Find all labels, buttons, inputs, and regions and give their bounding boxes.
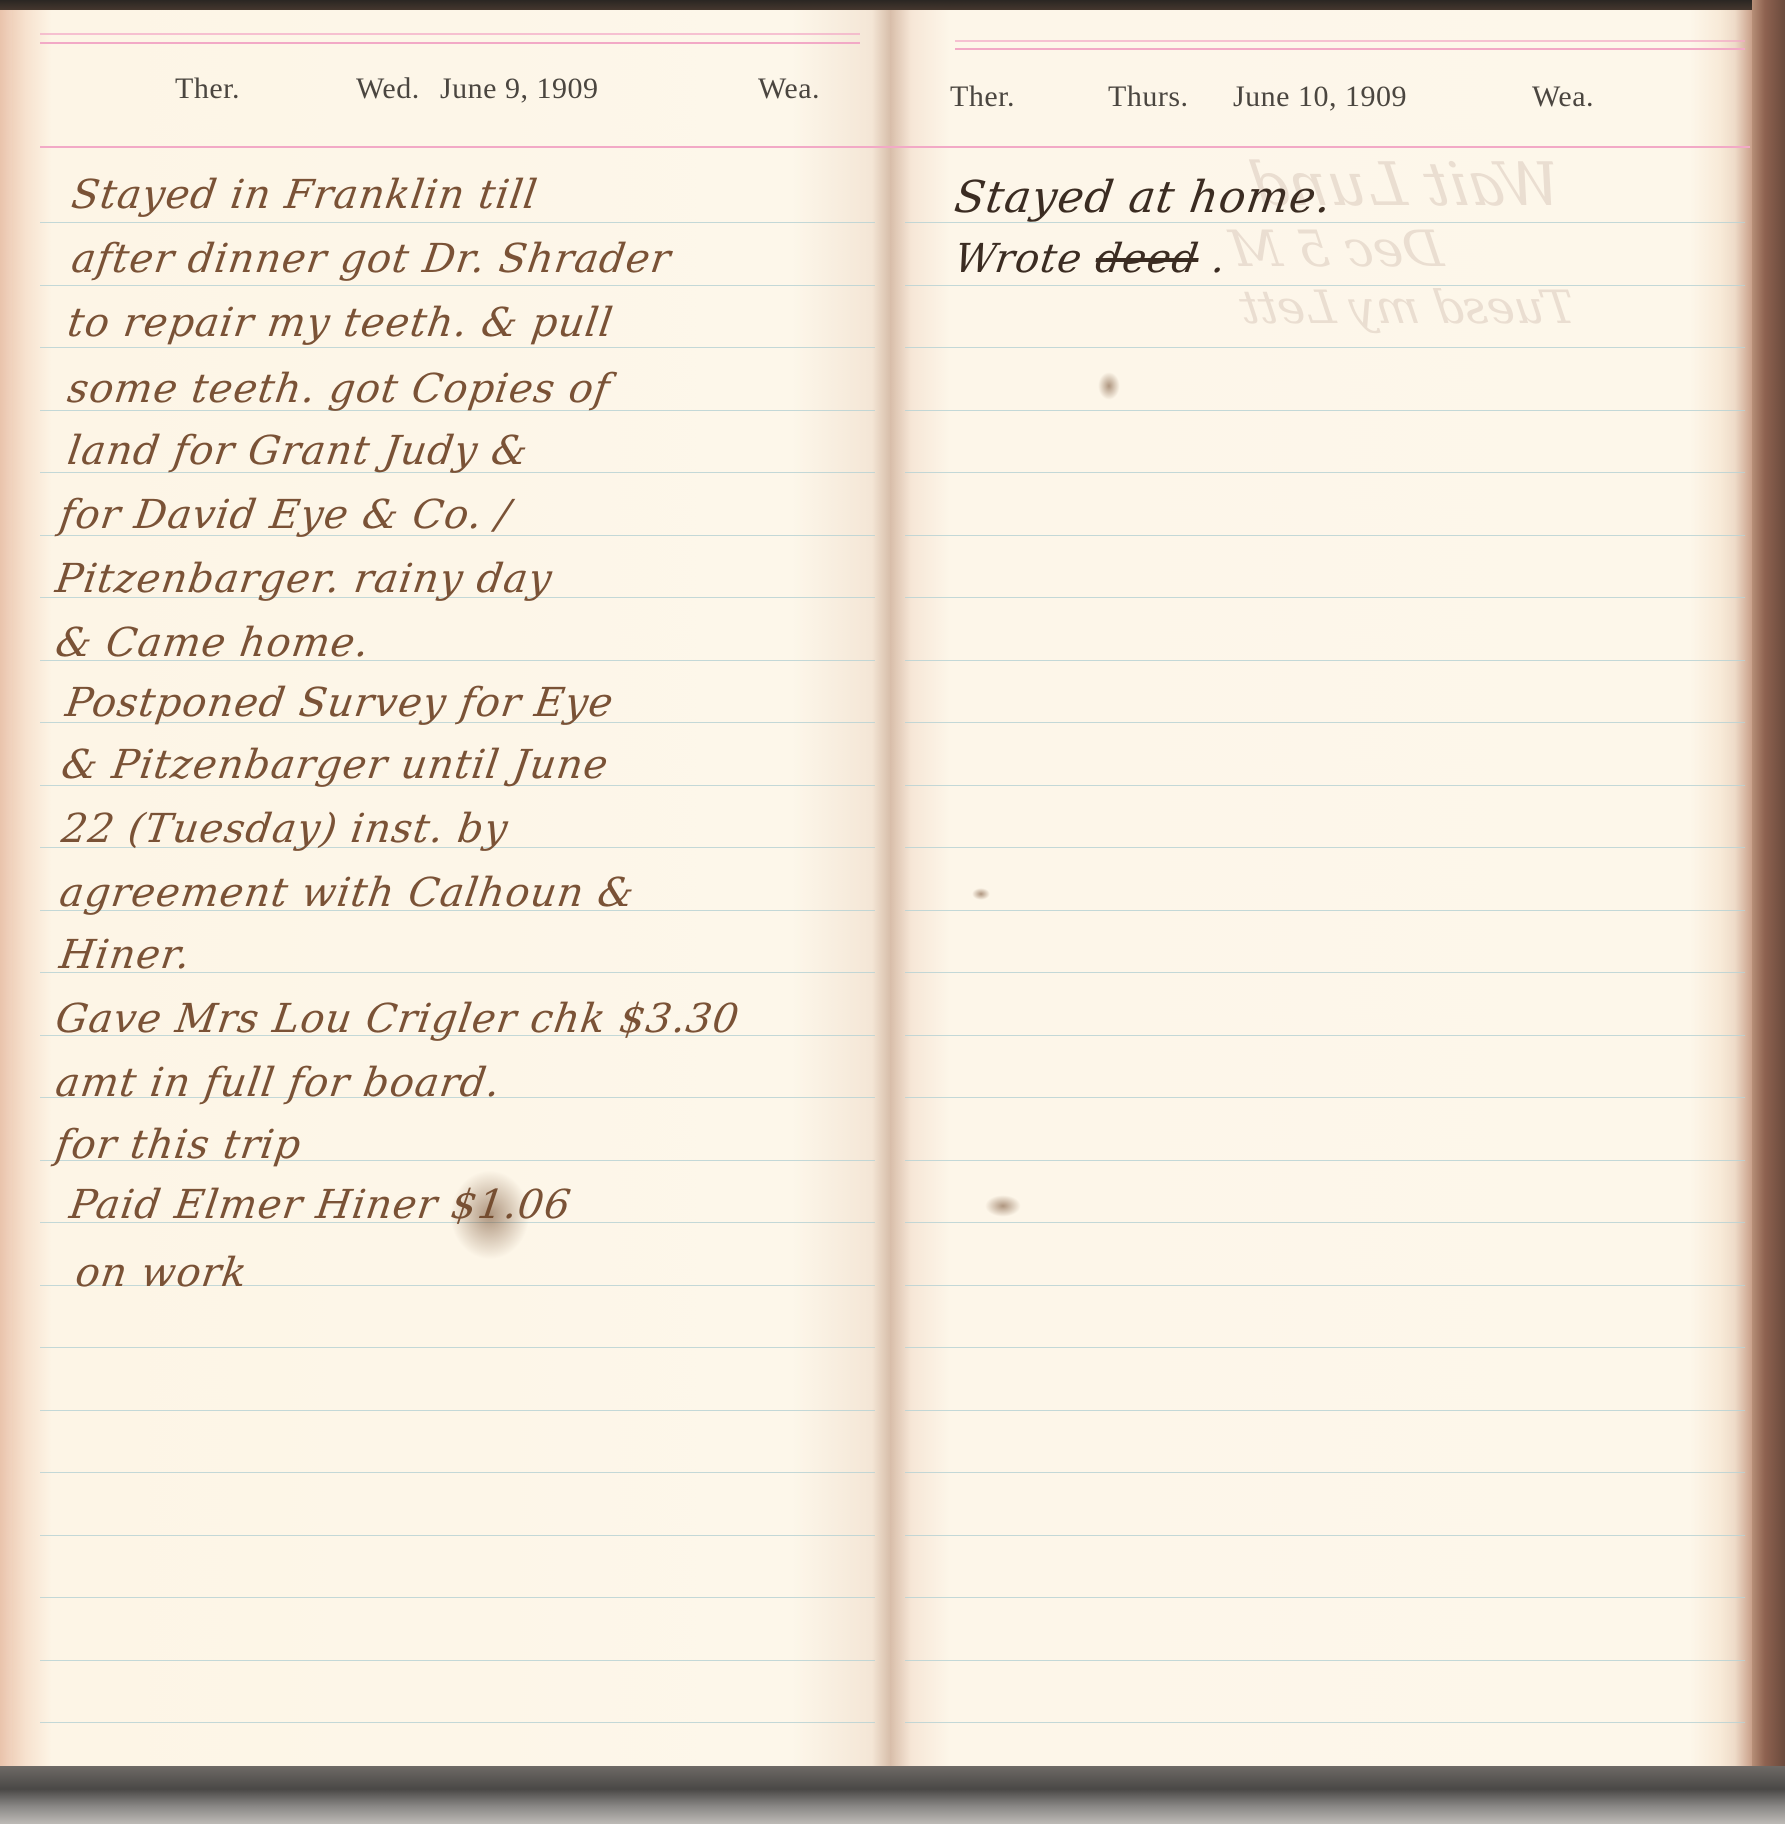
ruled-line <box>905 1285 1745 1286</box>
ruled-line <box>905 1347 1745 1348</box>
ruled-line <box>905 1222 1745 1223</box>
header-rule-top-right-2 <box>955 48 1745 50</box>
entry-line: amt in full for board. <box>53 1060 504 1106</box>
header-rule-top-left-2 <box>40 42 860 44</box>
ruled-line <box>905 597 1745 598</box>
ruled-line <box>40 1347 875 1348</box>
ruled-line <box>905 785 1745 786</box>
left-header-ther: Ther. <box>175 72 240 106</box>
ruled-line <box>905 347 1745 348</box>
ruled-line <box>40 1535 875 1536</box>
ruled-line <box>905 1160 1745 1161</box>
ruled-line <box>40 1660 875 1661</box>
entry-line: agreement with Calhoun & <box>57 870 638 916</box>
entry-line: Hiner. <box>57 932 194 978</box>
ruled-line <box>40 285 875 286</box>
page-gutter <box>872 10 912 1768</box>
ruled-line <box>905 722 1745 723</box>
ink-smudge <box>450 1170 530 1260</box>
right-header-wea: Wea. <box>1532 80 1594 114</box>
ruled-line <box>905 472 1745 473</box>
open-diary: Wait Lund Dec 5 M Tuesd my Lett Ther. We… <box>0 0 1785 1824</box>
header-rule-top-right <box>955 40 1745 42</box>
left-header-wea: Wea. <box>758 72 820 106</box>
struck-word: deed <box>1093 236 1202 282</box>
entry-line: Postponed Survey for Eye <box>63 680 617 726</box>
entry-line: for this trip <box>53 1122 305 1168</box>
book-cover-bottom <box>0 1766 1785 1824</box>
ink-spot <box>985 1195 1021 1217</box>
ruled-line <box>40 1722 875 1723</box>
ruled-line <box>905 972 1745 973</box>
right-header-ther: Ther. <box>950 80 1015 114</box>
entry-word: Wrote <box>952 236 1086 282</box>
ruled-line <box>905 1535 1745 1536</box>
ruled-line <box>40 1472 875 1473</box>
ink-bleed-through: Tuesd my Lett <box>1236 280 1578 334</box>
entry-line: some teeth. got Copies of <box>65 366 613 412</box>
ruled-line <box>40 1597 875 1598</box>
entry-line: Stayed at home. <box>951 172 1335 223</box>
book-cover-right <box>1752 0 1785 1780</box>
ruled-line <box>905 660 1745 661</box>
ink-spot <box>1098 372 1120 400</box>
entry-line: to repair my teeth. & pull <box>65 300 616 346</box>
ruled-line <box>905 1097 1745 1098</box>
entry-line: for David Eye & Co. / <box>57 492 514 538</box>
ruled-line <box>40 222 875 223</box>
entry-line-wrote: Wrote deed . <box>952 236 1229 282</box>
entry-line: Pitzenbarger. rainy day <box>53 556 556 602</box>
right-header-day: Thurs. <box>1108 80 1189 114</box>
ruled-line <box>905 1410 1745 1411</box>
entry-line: & Pitzenbarger until June <box>59 742 612 788</box>
ruled-line <box>905 535 1745 536</box>
entry-line: land for Grant Judy & <box>65 428 532 474</box>
ruled-line <box>905 847 1745 848</box>
header-rule-bottom <box>40 146 1750 148</box>
ruled-line <box>905 1035 1745 1036</box>
entry-line: after dinner got Dr. Shrader <box>69 236 674 282</box>
entry-line: 22 (Tuesday) inst. by <box>59 806 511 852</box>
ruled-line <box>905 1722 1745 1723</box>
ruled-line <box>905 1597 1745 1598</box>
ink-spot <box>972 888 990 900</box>
ruled-line <box>905 410 1745 411</box>
left-header-day: Wed. <box>356 72 420 106</box>
ruled-line <box>905 1472 1745 1473</box>
left-header-date: June 9, 1909 <box>440 72 599 106</box>
ruled-line <box>40 1410 875 1411</box>
ruled-line <box>905 1660 1745 1661</box>
entry-line: Stayed in Franklin till <box>69 172 541 218</box>
entry-line: & Came home. <box>53 620 373 666</box>
ruled-line <box>40 347 875 348</box>
right-header-date: June 10, 1909 <box>1233 80 1407 114</box>
entry-line: Gave Mrs Lou Crigler chk $3.30 <box>53 996 743 1042</box>
header-rule-top-left <box>40 33 860 35</box>
ink-bleed-through: Dec 5 M <box>1226 220 1447 278</box>
ruled-line <box>905 910 1745 911</box>
entry-line: on work <box>73 1250 251 1296</box>
